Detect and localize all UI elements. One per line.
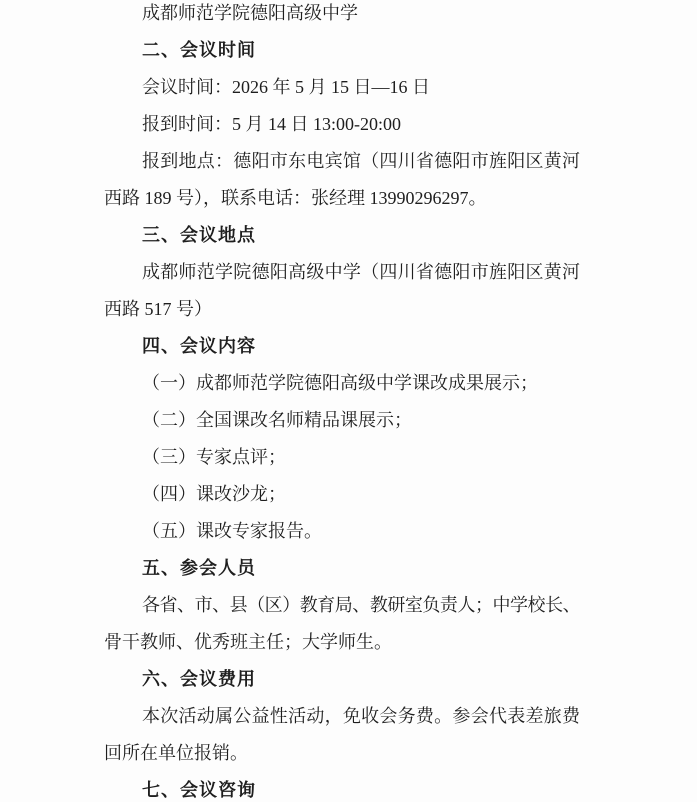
doc-line: （二）全国课改名师精品课展示；: [104, 402, 580, 439]
document-text-block: 成都师范学院德阳高级中学 二、会议时间 会议时间：2026 年 5 月 15 日…: [104, 0, 580, 802]
doc-line: 报到地点：德阳市东电宾馆（四川省德阳市旌阳区黄河: [104, 143, 580, 180]
doc-line: 各省、市、县（区）教育局、教研室负责人；中学校长、: [104, 587, 580, 624]
doc-line: （三）专家点评；: [104, 439, 580, 476]
doc-line: 会议时间：2026 年 5 月 15 日—16 日: [104, 69, 580, 106]
section-heading: 三、会议地点: [104, 217, 580, 254]
doc-line: 回所在单位报销。: [104, 735, 580, 772]
doc-line: 报到时间：5 月 14 日 13:00-20:00: [104, 106, 580, 143]
section-heading: 四、会议内容: [104, 328, 580, 365]
doc-line: 西路 517 号）: [104, 291, 580, 328]
section-heading: 六、会议费用: [104, 661, 580, 698]
section-heading: 二、会议时间: [104, 32, 580, 69]
section-heading: 七、会议咨询: [104, 772, 580, 802]
doc-line: （五）课改专家报告。: [104, 513, 580, 550]
doc-line: 西路 189 号），联系电话：张经理 13990296297。: [104, 180, 580, 217]
doc-line: 骨干教师、优秀班主任；大学师生。: [104, 624, 580, 661]
section-heading: 五、参会人员: [104, 550, 580, 587]
document-page: 成都师范学院德阳高级中学 二、会议时间 会议时间：2026 年 5 月 15 日…: [0, 0, 697, 802]
doc-line: 成都师范学院德阳高级中学: [104, 0, 580, 32]
doc-line: 本次活动属公益性活动，免收会务费。参会代表差旅费: [104, 698, 580, 735]
doc-line: 成都师范学院德阳高级中学（四川省德阳市旌阳区黄河: [104, 254, 580, 291]
doc-line: （四）课改沙龙；: [104, 476, 580, 513]
doc-line: （一）成都师范学院德阳高级中学课改成果展示；: [104, 365, 580, 402]
